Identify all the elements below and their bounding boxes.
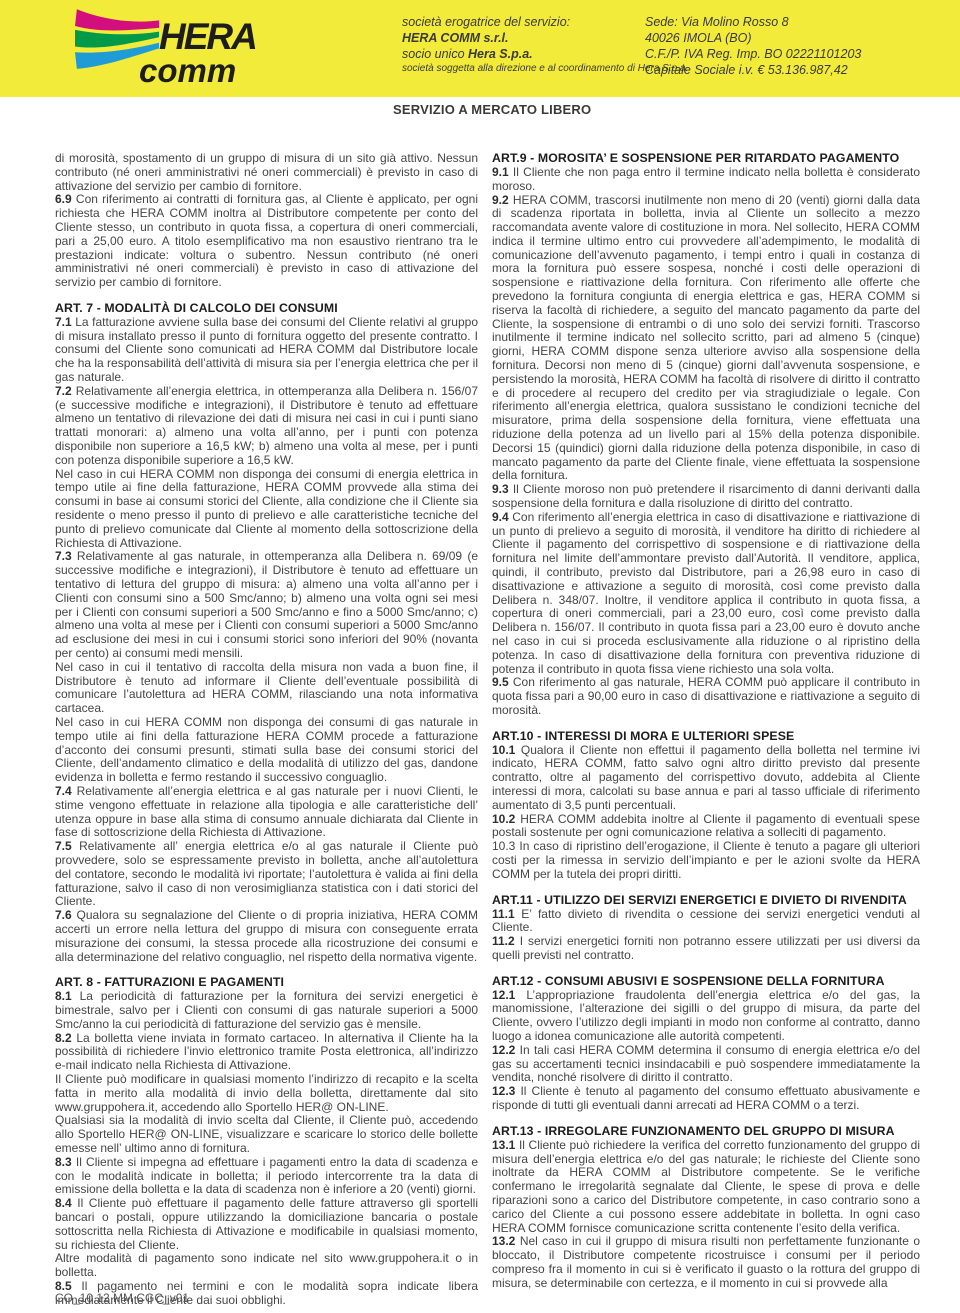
registry-vat: C.F./P. IVA Reg. Imp. BO 02221101203 — [645, 46, 861, 62]
paragraph: 9.5 Con riferimento al gas naturale, HER… — [492, 676, 920, 717]
clause-number: 7.5 — [55, 839, 79, 853]
clause-number: 9.4 — [492, 510, 512, 524]
registry-block: Sede: Via Molino Rosso 8 40026 IMOLA (BO… — [645, 14, 861, 78]
article-heading: ART. 8 - FATTURAZIONI E PAGAMENTI — [55, 976, 478, 990]
paragraph: Nel caso in cui HERA COMM non disponga d… — [55, 468, 478, 551]
clause-number: 8.2 — [55, 1031, 76, 1045]
clause-number: 9.1 — [492, 165, 513, 179]
clause-number: 10.1 — [492, 743, 521, 757]
paragraph: Nel caso in cui HERA COMM non disponga d… — [55, 716, 478, 785]
article-heading: ART.10 - INTERESSI DI MORA E ULTERIORI S… — [492, 730, 920, 744]
clause-number: 12.1 — [492, 988, 526, 1002]
paragraph: 7.2 Relativamente all’energia elettrica,… — [55, 385, 478, 468]
registry-capital: Capitale Sociale i.v. € 53.136.987,42 — [645, 62, 861, 78]
registry-address: Sede: Via Molino Rosso 8 — [645, 14, 861, 30]
article-heading: ART.13 - IRREGOLARE FUNZIONAMENTO DEL GR… — [492, 1125, 920, 1139]
clause-number: 8.1 — [55, 989, 80, 1003]
clause-number: 9.5 — [492, 675, 513, 689]
clause-number: 12.3 — [492, 1084, 520, 1098]
clause-number: 9.2 — [492, 193, 513, 207]
left-text-column: di morosità, spostamento di un gruppo di… — [55, 148, 478, 1308]
paragraph: 12.3 Il Cliente è tenuto al pagamento de… — [492, 1085, 920, 1113]
paragraph: 13.2 Nel caso in cui il gruppo di misura… — [492, 1235, 920, 1290]
clause-number: 7.4 — [55, 784, 77, 798]
paragraph: 9.1 Il Cliente che non paga entro il ter… — [492, 166, 920, 194]
paragraph: 8.2 La bolletta viene inviata in formato… — [55, 1032, 478, 1073]
clause-number: 13.1 — [492, 1138, 519, 1152]
hera-comm-logo: HERA comm — [75, 6, 245, 94]
clause-number: 7.1 — [55, 315, 75, 329]
clause-number: 8.4 — [55, 1196, 77, 1210]
clause-number: 11.2 — [492, 934, 520, 948]
paragraph: di morosità, spostamento di un gruppo di… — [55, 152, 478, 193]
paragraph: 7.6 Qualora su segnalazione del Cliente … — [55, 909, 478, 964]
article-heading: ART.12 - CONSUMI ABUSIVI E SOSPENSIONE D… — [492, 975, 920, 989]
paragraph: 6.9 Con riferimento ai contratti di forn… — [55, 193, 478, 290]
paragraph: Il Cliente può modificare in qualsiasi m… — [55, 1073, 478, 1114]
paragraph: 8.3 Il Cliente si impegna ad effettuare … — [55, 1156, 478, 1197]
article-heading: ART.9 - MOROSITA’ E SOSPENSIONE PER RITA… — [492, 152, 920, 166]
paragraph: 11.2 I servizi energetici forniti non po… — [492, 935, 920, 963]
service-type-label: SERVIZIO A MERCATO LIBERO — [393, 102, 591, 117]
paragraph: 9.3 Il Cliente moroso non può pretendere… — [492, 483, 920, 511]
clause-number: 7.6 — [55, 908, 77, 922]
paragraph: 10.2 HERA COMM addebita inoltre al Clien… — [492, 813, 920, 841]
clause-number: 11.1 — [492, 907, 521, 921]
clause-number: 10.2 — [492, 812, 520, 826]
document-code: CO_10.12 MM CGC_v01 — [55, 1291, 189, 1305]
article-heading: ART.11 - UTILIZZO DEI SERVIZI ENERGETICI… — [492, 894, 920, 908]
header-yellow-band: HERA comm società erogatrice del servizi… — [0, 0, 960, 97]
paragraph: 7.1 La fatturazione avviene sulla base d… — [55, 316, 478, 385]
paragraph: 7.4 Relativamente all’energia elettrica … — [55, 785, 478, 840]
clause-number: 8.3 — [55, 1155, 76, 1169]
logo-sub-text: comm — [139, 52, 236, 90]
paragraph: Nel caso in cui il tentativo di raccolta… — [55, 661, 478, 716]
paragraph: 11.1 E’ fatto divieto di rivendita o ces… — [492, 908, 920, 936]
paragraph: 7.5 Relativamente all’ energia elettrica… — [55, 840, 478, 909]
paragraph: 13.1 Il Cliente può richiedere la verifi… — [492, 1139, 920, 1236]
paragraph: 10.3 In caso di ripristino dell’erogazio… — [492, 840, 920, 881]
paragraph: Altre modalità di pagamento sono indicat… — [55, 1252, 478, 1280]
clause-number: 7.3 — [55, 549, 77, 563]
paragraph: 10.1 Qualora il Cliente non effettui il … — [492, 744, 920, 813]
clause-number: 6.9 — [55, 192, 76, 206]
clause-number: 7.2 — [55, 384, 76, 398]
paragraph: 7.3 Relativamente al gas naturale, in ot… — [55, 550, 478, 660]
clause-number: 12.2 — [492, 1043, 520, 1057]
registry-city: 40026 IMOLA (BO) — [645, 30, 861, 46]
paragraph: 9.4 Con riferimento all’energia elettric… — [492, 511, 920, 677]
clause-number: 13.2 — [492, 1234, 520, 1248]
right-text-column: ART.9 - MOROSITA’ E SOSPENSIONE PER RITA… — [492, 148, 920, 1291]
paragraph: 9.2 HERA COMM, trascorsi inutilmente non… — [492, 194, 920, 484]
paragraph: 8.1 La periodicità di fatturazione per l… — [55, 990, 478, 1031]
paragraph: Qualsiasi sia la modalità di invio scelt… — [55, 1114, 478, 1155]
paragraph: 8.4 Il Cliente può effettuare il pagamen… — [55, 1197, 478, 1252]
paragraph: 12.1 L’appropriazione fraudolenta dell’e… — [492, 989, 920, 1044]
article-heading: ART. 7 - MODALITÀ DI CALCOLO DEI CONSUMI — [55, 302, 478, 316]
paragraph: 12.2 In tali casi HERA COMM determina il… — [492, 1044, 920, 1085]
clause-number: 9.3 — [492, 482, 513, 496]
